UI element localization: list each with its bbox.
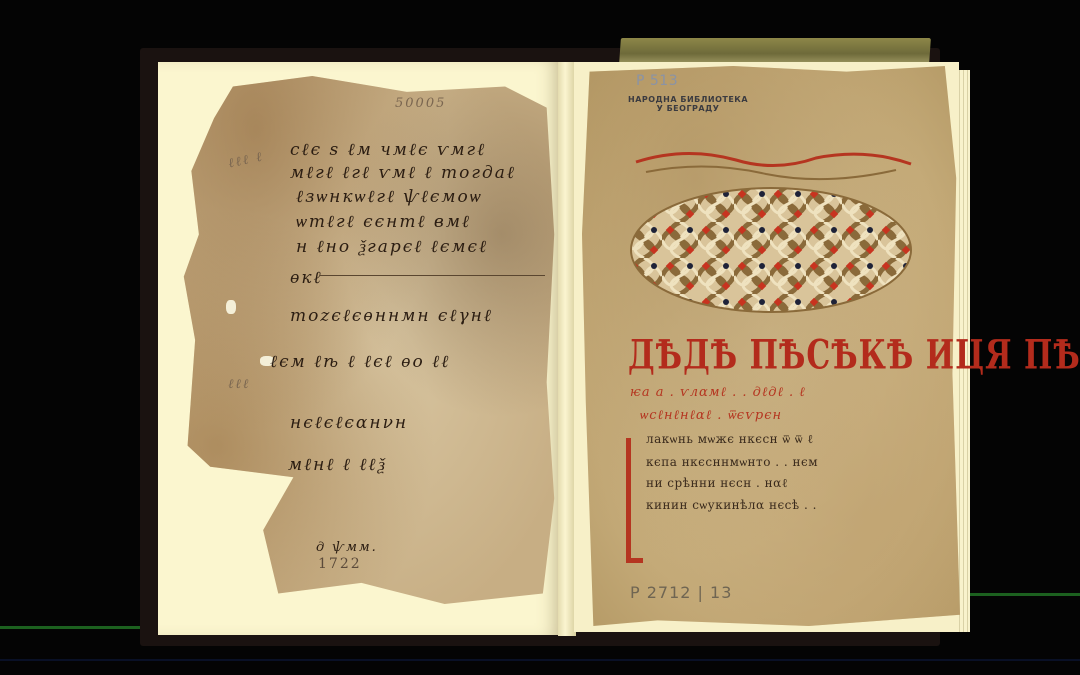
text-line: кинин сѡукинѣлα нєсѣ . . <box>646 498 817 513</box>
ruled-line <box>320 275 545 276</box>
fragment-line: мℓнℓ ℓ ℓℓѯ <box>288 455 386 475</box>
stamp-line-2: У БЕОГРАДУ <box>628 104 748 113</box>
red-initial-letter <box>626 438 643 563</box>
fragment-line: мℓгℓ ℓгℓ ѵмℓ ℓ тогдаℓ <box>290 163 516 183</box>
green-edge-line-right <box>962 593 1080 596</box>
fragment-line: тоzєℓєѳннмн єℓγнℓ <box>290 306 493 326</box>
photo-background: 50005 ℓℓℓ ℓ ℓℓℓ сℓє ѕ ℓм чмℓє ѵмгℓ мℓгℓ … <box>0 0 1080 675</box>
rubric-line: ѥа а . ѵлαмℓ . . дℓдℓ . ℓ <box>630 384 806 400</box>
fragment-line: н ℓно ѯгарєℓ ℓємєℓ <box>296 237 488 257</box>
date-note: 1722 <box>318 556 362 572</box>
signature: д ѱмм. <box>316 540 378 555</box>
blue-edge-line <box>0 659 1080 661</box>
fragment-line: ѳкℓ <box>290 268 323 288</box>
faint-number: 50005 <box>395 96 446 111</box>
text-line: лакѡнь мѡжє нкєсн ѿ ѿ ℓ <box>646 432 814 447</box>
rubric-title: ДѢДѢ ПѢСѢКѢ ИЦЯ ПѢНИ <box>628 332 1080 379</box>
page-stack-edge <box>619 38 931 64</box>
margin-note: ℓℓℓ <box>228 376 250 392</box>
fragment-line: сℓє ѕ ℓм чмℓє ѵмгℓ <box>290 140 486 160</box>
text-line: ни срѣнни нєсн . нαℓ <box>646 476 788 491</box>
pencil-number: Р 513 <box>636 77 678 86</box>
green-edge-line-left <box>0 626 145 629</box>
shelfmark-pencil: Р 2712 | 13 <box>630 583 732 602</box>
interlace-headpiece-ornament <box>626 150 916 320</box>
fragment-line: ℓєм ℓѣ ℓ ℓєℓ ѳо ℓℓ <box>270 352 450 372</box>
library-stamp: Р 513 НАРОДНА БИБЛИОТЕКА У БЕОГРАДУ <box>628 95 748 113</box>
paper-hole <box>226 300 236 314</box>
rubric-line: ѡсℓнℓнℓαℓ . ѿєѵрєн <box>640 407 782 423</box>
fragment-line: ℓзѡнкѡℓгℓ ѱℓємоѡ <box>296 187 483 207</box>
fragment-line: нєℓєℓєαнνн <box>290 413 408 433</box>
stamp-line-1: НАРОДНА БИБЛИОТЕКА <box>628 95 748 104</box>
fragment-line: ѡmℓгℓ єєнтℓ вмℓ <box>296 212 471 232</box>
text-line: кєпа нкєсннмѡнто . . нєм <box>646 455 818 470</box>
